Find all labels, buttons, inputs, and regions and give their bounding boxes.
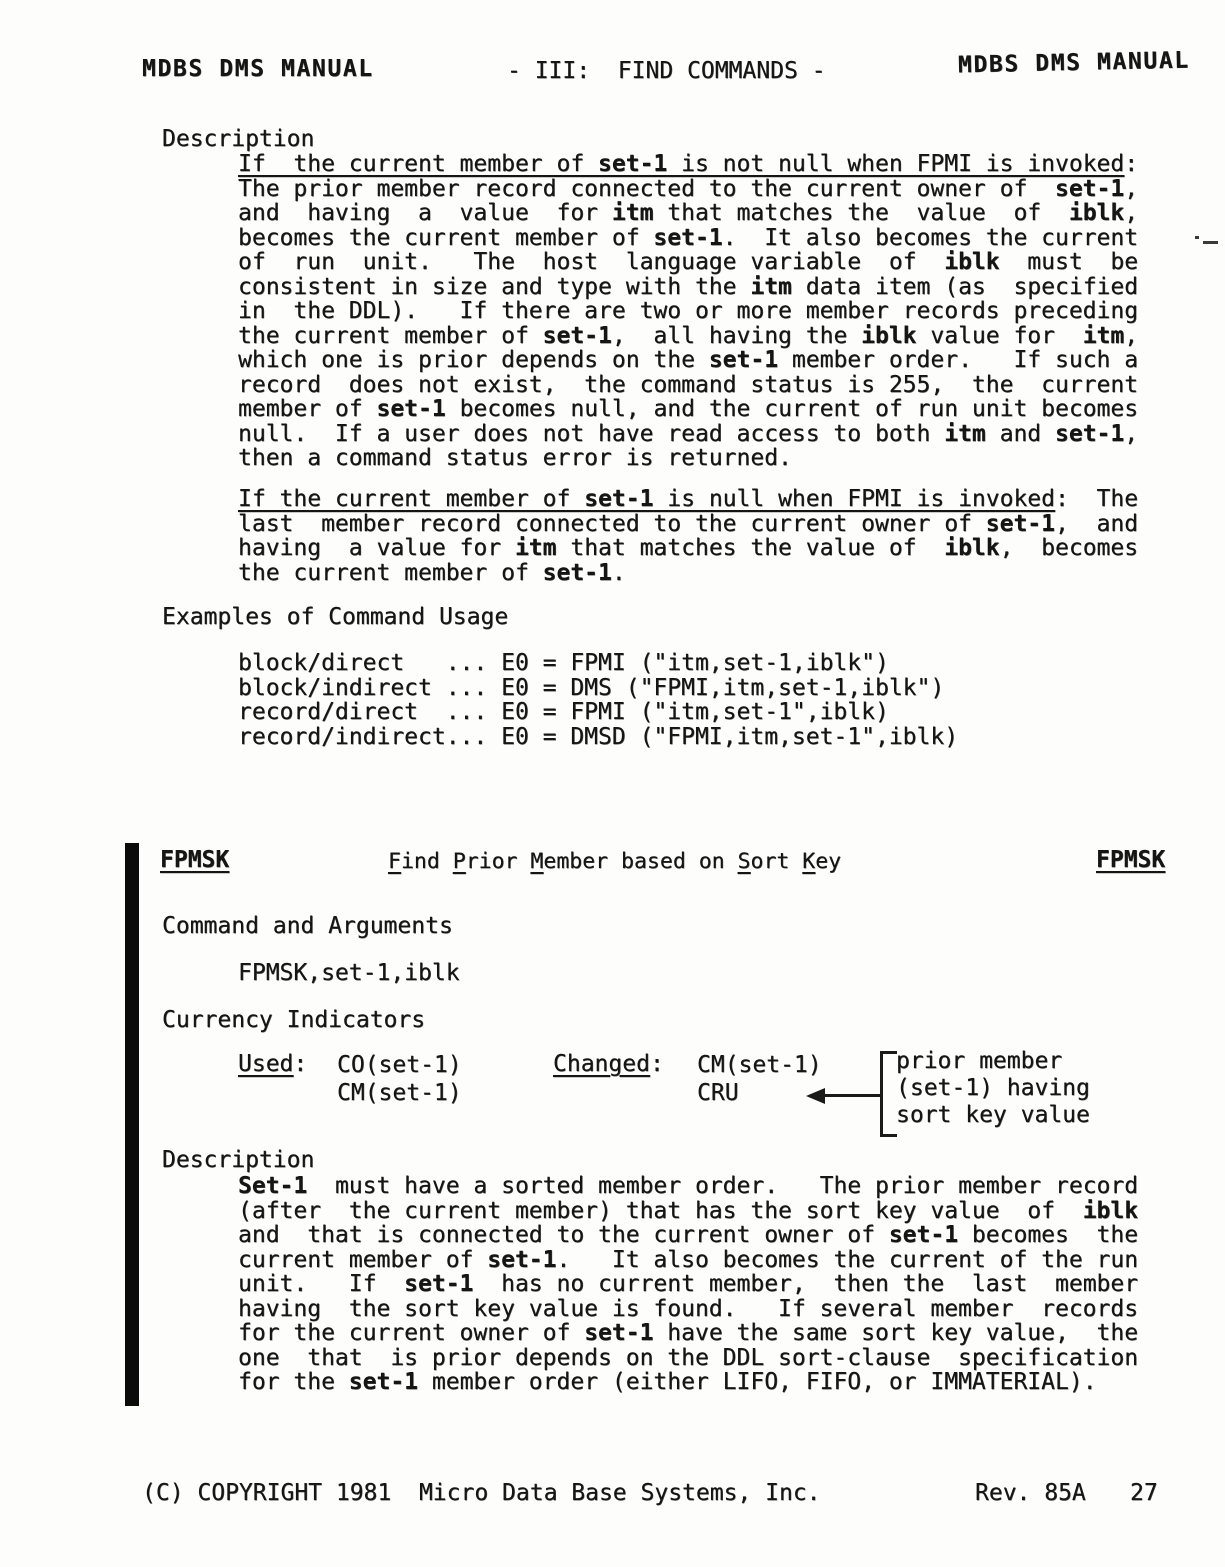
- fpmi-examples-heading: Examples of Command Usage: [162, 604, 508, 630]
- revision-change-bar: [125, 843, 139, 1406]
- fpmsk-command-title: Find Prior Member based on Sort Key: [388, 849, 841, 874]
- currency-used-values: CO(set-1)CM(set-1): [337, 1051, 462, 1107]
- currency-changed-label: Changed:: [553, 1051, 664, 1077]
- currency-changed-values: CM(set-1)CRU: [697, 1051, 822, 1107]
- header-left-title: MDBS DMS MANUAL: [142, 56, 374, 82]
- fpmi-description-heading: Description: [162, 126, 314, 152]
- annotation-arrow-head-icon: [806, 1088, 825, 1104]
- fpmi-description-para2: If the current member of set-1 is null w…: [238, 487, 1138, 585]
- footer-page-number: 27: [1130, 1480, 1158, 1506]
- fpmsk-description-heading: Description: [162, 1147, 314, 1173]
- fpmsk-command-name-left: FPMSK: [160, 847, 229, 873]
- annotation-bracket-bottom-serif: [880, 1134, 897, 1137]
- fpmsk-description-body: Set-1 must have a sorted member order. T…: [238, 1174, 1138, 1395]
- fpmi-examples-block: block/direct ... E0 = FPMI ("itm,set-1,i…: [238, 651, 958, 749]
- annotation-arrow-shaft: [824, 1094, 881, 1097]
- header-right-title: MDBS DMS MANUAL: [958, 48, 1190, 79]
- fpmi-description-para1: If the current member of set-1 is not nu…: [238, 152, 1138, 471]
- scan-speck: [1195, 236, 1199, 239]
- footer-copyright: (C) COPYRIGHT 1981 Micro Data Base Syste…: [142, 1480, 821, 1506]
- fpmsk-command-syntax: FPMSK,set-1,iblk: [238, 960, 460, 986]
- manual-page: MDBS DMS MANUAL - III: FIND COMMANDS - M…: [0, 0, 1225, 1567]
- scan-dash: [1203, 241, 1218, 244]
- fpmsk-command-name-right: FPMSK: [1096, 847, 1165, 873]
- header-section-title: - III: FIND COMMANDS -: [507, 58, 826, 84]
- fpmsk-args-heading: Command and Arguments: [162, 913, 453, 939]
- fpmsk-currency-heading: Currency Indicators: [162, 1007, 425, 1033]
- currency-used-label: Used:: [238, 1051, 307, 1077]
- currency-annotation-note: prior member(set-1) havingsort key value: [896, 1048, 1090, 1129]
- annotation-bracket-top-serif: [880, 1051, 897, 1054]
- footer-revision: Rev. 85A: [975, 1480, 1086, 1506]
